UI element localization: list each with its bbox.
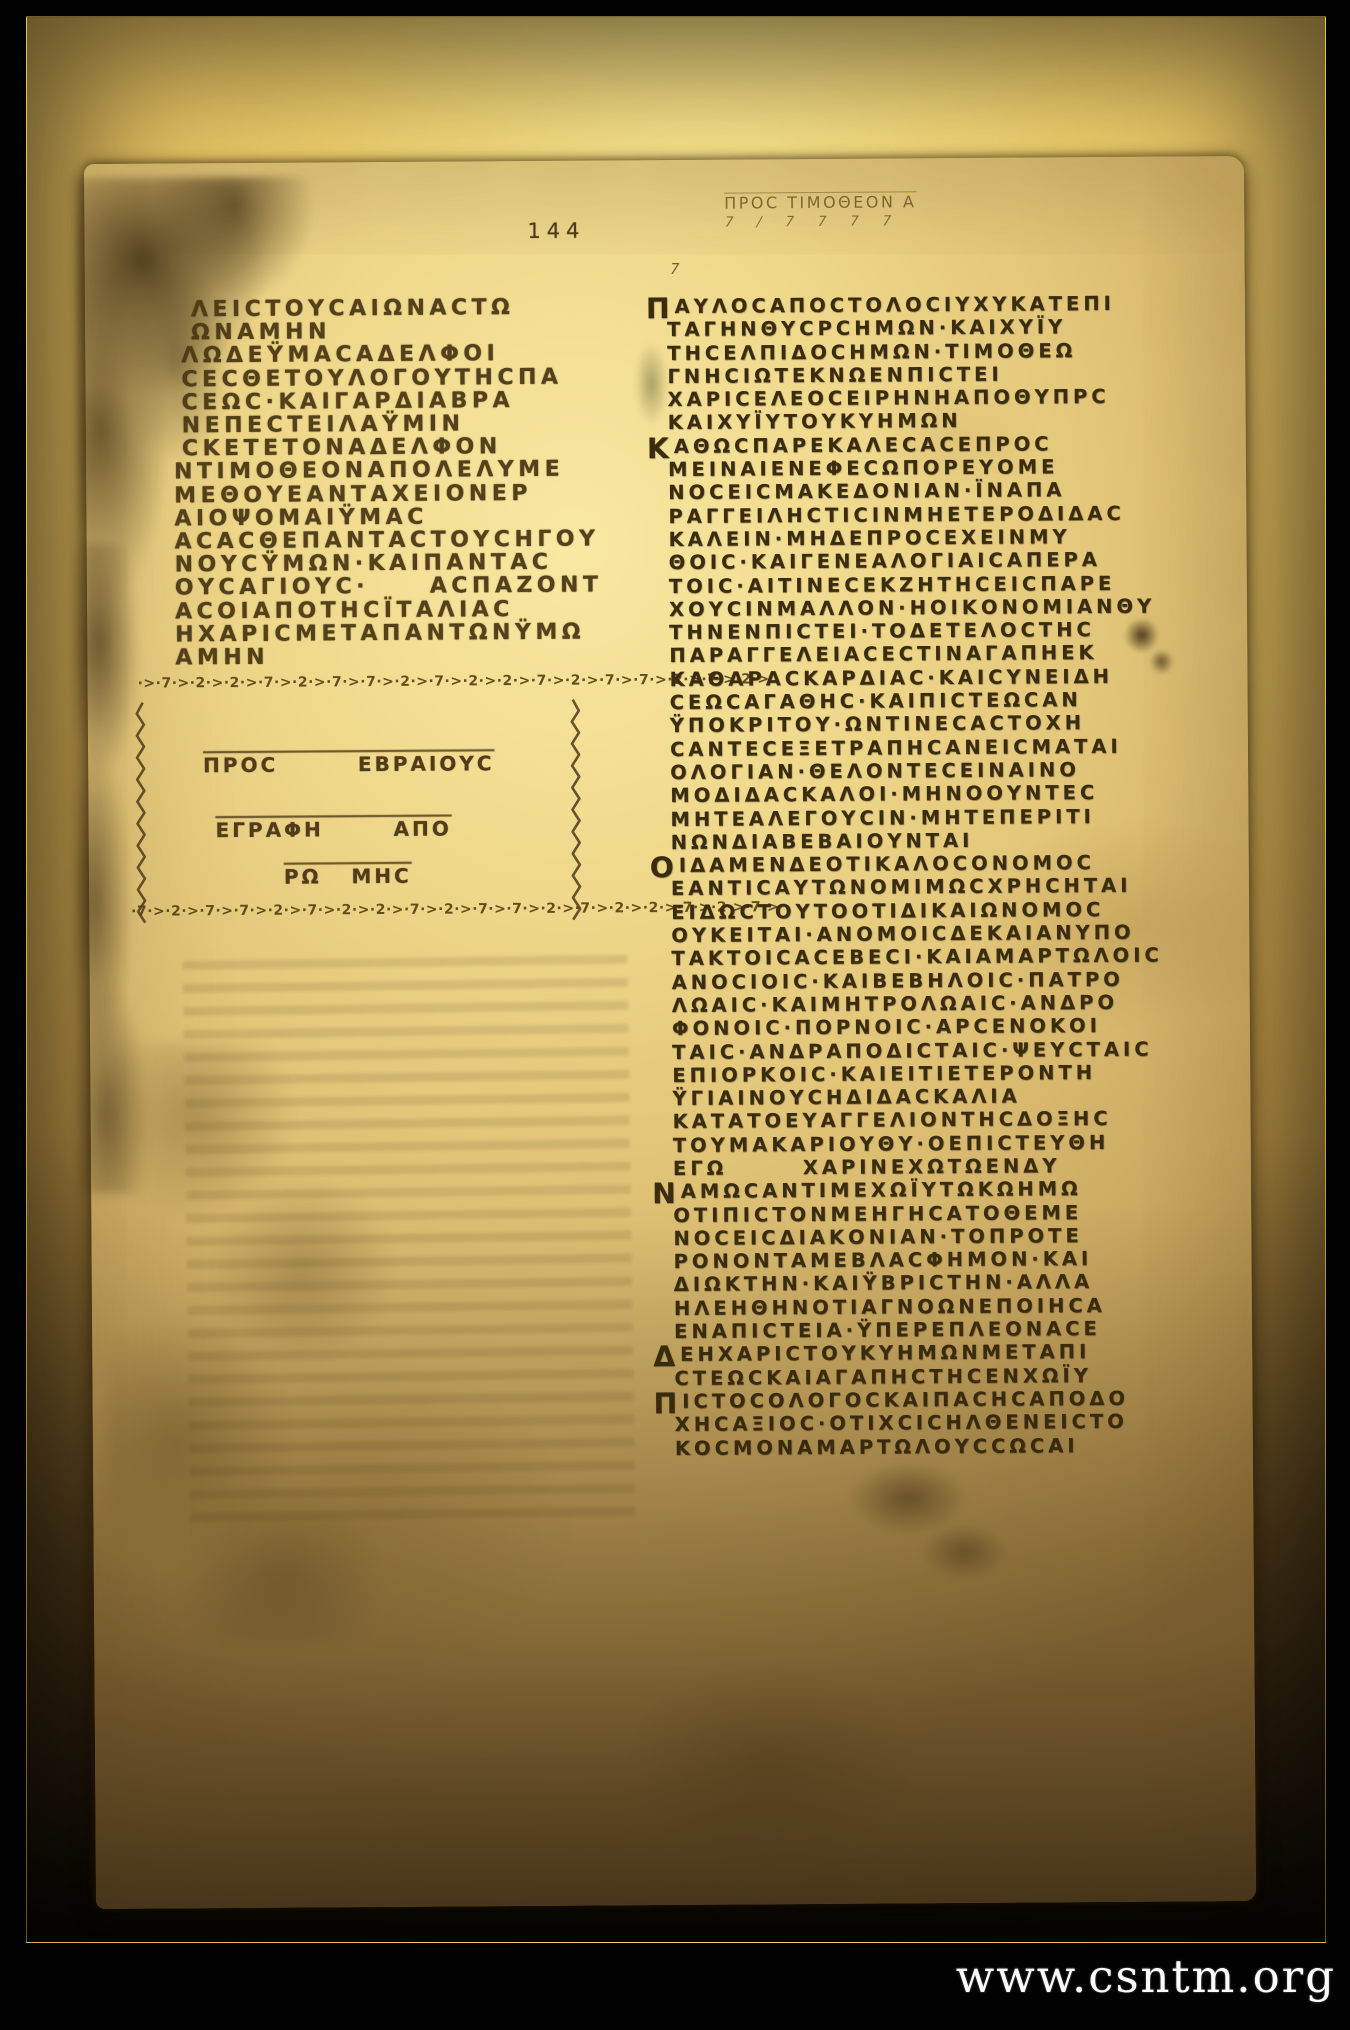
manuscript-line: ΑϹΟΙΑΠΟΤΗϹΪΤΑΛΙΑϹ xyxy=(175,597,645,623)
manuscript-line: ΗΛΕΗΘΗΝΟΤΙΑΓΝΟΩΝΕΠΟΙΗϹΑ xyxy=(674,1293,1184,1320)
running-title: ΠΡΟϹ ΤΙΜΟΘΕΟΝ Α 7 / 7 7 7 7 xyxy=(724,192,916,230)
torn-corner-stain xyxy=(76,176,409,638)
manuscript-line: ΠΙϹΤΟϹΟΛΟΓΟϹΚΑΙΠΑϹΗϹΑΠΟΔΟ xyxy=(674,1386,1184,1413)
manuscript-line: ΤΟΥΜΑΚΑΡΙΟΥΘΥ·ΟΕΠΙϹΤΕΥΘΗ xyxy=(673,1130,1183,1157)
manuscript-line: ΕΝΑΠΙϹΤΕΙΑ·ΫΠΕΡΕΠΛΕΟΝΑϹΕ xyxy=(674,1316,1184,1343)
manuscript-line: ϹΚΕΤΕΤΟΝΑΔΕΛΦΟΝ xyxy=(182,434,644,460)
manuscript-line: ΠΑΥΛΟϹΑΠΟϹΤΟΛΟϹΙΥΧΥΚΑΤΕΠΙ xyxy=(667,291,1177,318)
enlarged-initial: Ο xyxy=(650,851,678,884)
manuscript-line: ΕΑΝΤΙϹΑΥΤΩΝΟΜΙΜΩϹΧΡΗϹΗΤΑΙ xyxy=(671,874,1181,901)
manuscript-line: ΜΗΤΕΑΛΕΓΟΥϹΙΝ·ΜΗΤΕΠΕΡΙΤΙ xyxy=(670,804,1180,831)
manuscript-line: ΚΑΤΑΤΟΕΥΑΓΓΕΛΙΟΝΤΗϹΔΟΞΗϹ xyxy=(673,1107,1183,1134)
manuscript-line: ϹΕΩϹ·ΚΑΙΓΑΡΔΙΑΒΡΑ xyxy=(182,388,644,414)
manuscript-line: ΡΟΝΟΝΤΑΜΕΒΛΑϹΦΗΜΟΝ·ΚΑΙ xyxy=(674,1247,1184,1274)
manuscript-line: ΔΕΗΧΑΡΙϹΤΟΥΚΥΗΜΩΝΜΕΤΑΠΙ xyxy=(674,1340,1184,1367)
left-edge-stain xyxy=(75,543,175,1194)
manuscript-line: ΓΝΗϹΙΩΤΕΚΝΩΕΝΠΙϹΤΕΙ xyxy=(667,361,1177,388)
manuscript-line: ΜΕΘΟΥΕΑΝΤΑΧΕΙΟΝΕΡ xyxy=(174,481,644,507)
manuscript-line: ΑΝΟϹΙΟΙϹ·ΚΑΙΒΕΒΗΛΟΙϹ·ΠΑΤΡΟ xyxy=(672,967,1182,994)
manuscript-line: ΠΑΡΑΓΓΕΛΕΙΑϹΕϹΤΙΝΑΓΑΠΗΕΚ xyxy=(669,641,1179,668)
manuscript-line: ΫΠΟΚΡΙΤΟΥ·ΩΝΤΙΝΕϹΑϹΤΟΧΗ xyxy=(670,711,1180,738)
manuscript-line: ΛΩΔΕΫΜΑϹΑΔΕΛΦΟΙ xyxy=(181,342,643,368)
section-start-mark: 7 xyxy=(667,260,681,278)
manuscript-line: ΝΟΥϹΫΜΩΝ·ΚΑΙΠΑΝΤΑϹ xyxy=(175,550,645,576)
manuscript-line: ΜΟΔΙΔΑϹΚΑΛΟΙ·ΜΗΝΟΟΥΝΤΕϹ xyxy=(670,781,1180,808)
subscription-line-pros-ebraious: ΠΡΟϹ ΕΒΡΑΙΟΥϹ xyxy=(203,751,495,777)
subscription-line-egraphe-apo: ΕΓΡΑΦΗ ΑΠΟ xyxy=(215,817,451,843)
manuscript-line: ΘΟΙϹ·ΚΑΙΓΕΝΕΑΛΟΓΙΑΙϹΑΠΕΡΑ xyxy=(669,548,1179,575)
manuscript-line: ΚΑΘΑΡΑϹΚΑΡΔΙΑϹ·ΚΑΙϹΥΝΕΙΔΗ xyxy=(669,664,1179,691)
enlarged-initial: Π xyxy=(646,292,674,325)
zigzag-border-left-icon xyxy=(133,701,149,929)
right-column-1timothy: ΠΑΥΛΟϹΑΠΟϹΤΟΛΟϹΙΥΧΥΚΑΤΕΠΙΤΑΓΗΝΘΥϹΡϹΗΜΩΝ·… xyxy=(667,291,1185,1459)
manuscript-line: ΧΗϹΑΞΙΟϹ·ΟΤΙΧϹΙϹΗΛΘΕΝΕΙϹΤΟ xyxy=(675,1410,1185,1437)
manuscript-line: ΧΟΥϹΙΝΜΑΛΛΟΝ·ΗΟΙΚΟΝΟΜΙΑΝΘΥ xyxy=(669,594,1179,621)
right-margin-blot xyxy=(1115,608,1182,684)
manuscript-line: ΚΑΛΕΙΝ·ΜΗΔΕΠΡΟϹΕΧΕΙΝΜΥ xyxy=(668,524,1178,551)
enlarged-initial: Π xyxy=(653,1387,681,1420)
manuscript-line: ΡΑΓΓΕΙΛΗϹΤΙϹΙΝΜΗΕΤΕΡΟΔΙΔΑϹ xyxy=(668,501,1178,528)
ink-bleedthrough xyxy=(182,951,635,1522)
page-number: 144 xyxy=(527,219,585,243)
manuscript-line: ΛΩΑΙϹ·ΚΑΙΜΗΤΡΟΛΩΑΙϹ·ΑΝΔΡΟ xyxy=(672,990,1182,1017)
manuscript-line: ΛΕΙϹΤΟΥϹΑΙΩΝΑϹΤΩ xyxy=(191,295,643,321)
left-column-hebrews-ending: ΛΕΙϹΤΟΥϹΑΙΩΝΑϹΤΩΩΝΑΜΗΝΛΩΔΕΫΜΑϹΑΔΕΛΦΟΙϹΕϹ… xyxy=(173,295,646,670)
manuscript-line: ΔΙΩΚΤΗΝ·ΚΑΙΫΒΡΙϹΤΗΝ·ΑΛΛΑ xyxy=(674,1270,1184,1297)
manuscript-line: ΤΑΙϹ·ΑΝΔΡΑΠΟΔΙϹΤΑΙϹ·ΨΕΥϹΤΑΙϹ xyxy=(672,1037,1182,1064)
parchment-leaf: 144 ΠΡΟϹ ΤΙΜΟΘΕΟΝ Α 7 / 7 7 7 7 7 ΛΕΙϹΤΟ… xyxy=(84,156,1256,1909)
ornament-row-bottom: ·7·>·2·>·7·>·7·>·2·>·7·>·2·>·2·>·7·>·2·>… xyxy=(131,899,779,920)
manuscript-line: ΟΥϹΑΓΙΟΥϹ· ΑϹΠΑΖΟΝΤ xyxy=(175,574,645,600)
enlarged-initial: Ν xyxy=(652,1177,680,1210)
manuscript-photo: 144 ΠΡΟϹ ΤΙΜΟΘΕΟΝ Α 7 / 7 7 7 7 7 ΛΕΙϹΤΟ… xyxy=(0,0,1350,2030)
manuscript-line: ΚΟϹΜΟΝΑΜΑΡΤΩΛΟΥϹϹΩϹΑΙ xyxy=(675,1433,1185,1460)
manuscript-line: ΩΝΑΜΗΝ xyxy=(191,318,643,344)
manuscript-line: ΕΠΙΟΡΚΟΙϹ·ΚΑΙΕΙΤΙΕΤΕΡΟΝΤΗ xyxy=(672,1060,1182,1087)
manuscript-line: ΕΓΩ ΧΑΡΙΝΕΧΩΤΩΕΝΔΥ xyxy=(673,1153,1183,1180)
manuscript-line: ΝΤΙΜΟΘΕΟΝΑΠΟΛΕΛΥΜΕ xyxy=(174,458,644,484)
manuscript-line: ϹΑΝΤΕϹΕΞΕΤΡΑΠΗϹΑΝΕΙϹΜΑΤΑΙ xyxy=(670,734,1180,761)
below-text-smudge xyxy=(828,1453,1029,1604)
manuscript-line: ΤΟΙϹ·ΑΙΤΙΝΕϹΕΚΖΗΤΗϹΕΙϹΠΑΡΕ xyxy=(669,571,1179,598)
lower-left-stain xyxy=(104,1041,468,1643)
enlarged-initial: Δ xyxy=(653,1340,679,1373)
ornament-row-top: ·>·7·>·2·>·2·>·7·>·2·>·7·>·7·>·2·>·7·>·2… xyxy=(137,671,769,691)
subscription-line-romes: ΡΩ ΜΗϹ xyxy=(284,864,412,889)
running-title-text: ΠΡΟϹ ΤΙΜΟΘΕΟΝ Α xyxy=(724,192,916,212)
column-gap-stain xyxy=(628,332,675,462)
manuscript-line: ΦΟΝΟΙϹ·ΠΟΡΝΟΙϹ·ΑΡϹΕΝΟΚΟΙ xyxy=(672,1014,1182,1041)
manuscript-line: ΗΧΑΡΙϹΜΕΤΑΠΑΝΤΩΝΫΜΩ xyxy=(175,620,645,646)
manuscript-line: ΟΙΔΑΜΕΝΔΕΟΤΙΚΑΛΟϹΟΝΟΜΟϹ xyxy=(671,851,1181,878)
manuscript-line: ΑΜΗΝ xyxy=(175,643,645,669)
manuscript-line: ΕΙΔΩϹΤΟΥΤΟΟΤΙΔΙΚΑΙΩΝΟΜΟϹ xyxy=(671,897,1181,924)
manuscript-line: ΤΑΓΗΝΘΥϹΡϹΗΜΩΝ·ΚΑΙΧΥΪΥ xyxy=(667,315,1177,342)
manuscript-line: ΤΗΝΕΝΠΙϹΤΕΙ·ΤΟΔΕΤΕΛΟϹΤΗϹ xyxy=(669,618,1179,645)
manuscript-line: ΤΑΚΤΟΙϹΑϹΕΒΕϹΙ·ΚΑΙΑΜΑΡΤΩΛΟΙϹ xyxy=(671,944,1181,971)
csntm-watermark: www.csntm.org xyxy=(956,1950,1336,2003)
manuscript-line: ΚΑΙΧΥΪΥΤΟΥΚΥΗΜΩΝ xyxy=(668,408,1178,435)
manuscript-line: ΜΕΙΝΑΙΕΝΕΦΕϹΩΠΟΡΕΥΟΜΕ xyxy=(668,455,1178,482)
zigzag-border-right-icon xyxy=(569,698,585,926)
manuscript-line: ΝΕΠΕϹΤΕΙΛΑΫΜΙΝ xyxy=(182,411,644,437)
manuscript-line: ΟΤΙΠΙϹΤΟΝΜΕΗΓΗϹΑΤΟΘΕΜΕ xyxy=(673,1200,1183,1227)
manuscript-line: ΝΩΝΔΙΑΒΕΒΑΙΟΥΝΤΑΙ xyxy=(671,827,1181,854)
subscription-box: ΠΡΟϹ ΕΒΡΑΙΟΥϹ ΕΓΡΑΦΗ ΑΠΟ ΡΩ ΜΗϹ xyxy=(133,696,583,931)
manuscript-line: ϹΕΩϹΑΓΑΘΗϹ·ΚΑΙΠΙϹΤΕΩϹΑΝ xyxy=(670,687,1180,714)
manuscript-line: ΑϹΑϹΘΕΠΑΝΤΑϹΤΟΥϹΗΓΟΥ xyxy=(174,527,644,553)
manuscript-line: ΝΟϹΕΙϹΜΑΚΕΔΟΝΙΑΝ·ΪΝΑΠΑ xyxy=(668,478,1178,505)
manuscript-line: ΑΙΟΨΟΜΑΙΫΜΑϹ xyxy=(174,504,644,530)
manuscript-line: ΟΥΚΕΙΤΑΙ·ΑΝΟΜΟΙϹΔΕΚΑΙΑΝΥΠΟ xyxy=(671,920,1181,947)
manuscript-line: ΤΗϹΕΛΠΙΔΟϹΗΜΩΝ·ΤΙΜΟΘΕΩ xyxy=(667,338,1177,365)
manuscript-line: ΫΓΙΑΙΝΟΥϹΗΔΙΔΑϹΚΑΛΙΑ xyxy=(672,1084,1182,1111)
running-title-flourish: 7 / 7 7 7 7 xyxy=(722,213,918,230)
manuscript-line: ϹΕϹΘΕΤΟΥΛΟΓΟΥΤΗϹΠΑ xyxy=(181,365,643,391)
manuscript-line: ΝΑΜΩϹΑΝΤΙΜΕΧΩΪΥΤΩΚΩΗΜΩ xyxy=(673,1177,1183,1204)
manuscript-line: ΚΑΘΩϹΠΑΡΕΚΑΛΕϹΑϹΕΠΡΟϹ xyxy=(668,431,1178,458)
manuscript-line: ΧΑΡΙϹΕΛΕΟϹΕΙΡΗΝΗΑΠΟΘΥΠΡϹ xyxy=(668,385,1178,412)
manuscript-line: ΟΛΟΓΙΑΝ·ΘΕΛΟΝΤΕϹΕΙΝΑΙΝΟ xyxy=(670,757,1180,784)
manuscript-line: ϹΤΕΩϹΚΑΙΑΓΑΠΗϹΤΗϹΕΝΧΩΪΥ xyxy=(674,1363,1184,1390)
enlarged-initial: Κ xyxy=(647,432,673,465)
manuscript-line: ΝΟϹΕΙϹΔΙΑΚΟΝΙΑΝ·ΤΟΠΡΟΤΕ xyxy=(673,1223,1183,1250)
